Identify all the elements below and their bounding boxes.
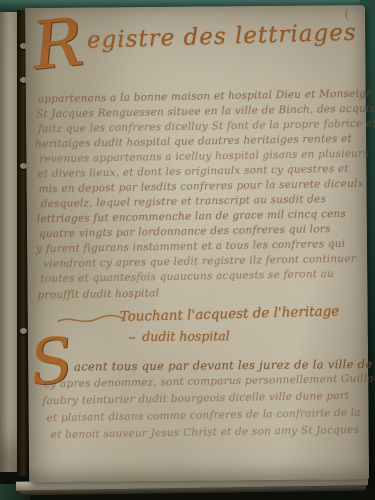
title-initial-R: R bbox=[31, 14, 86, 75]
manuscript-line: toutes et quantesfois quaucuns acquests … bbox=[40, 268, 334, 285]
manuscript-line: faubry teinturier dudit bourgeois dicell… bbox=[42, 390, 349, 407]
manuscript-line: quatre vingts par lordonnance des confre… bbox=[39, 223, 331, 240]
pilcrow-mark: ~ bbox=[128, 333, 136, 344]
section-heading: Touchant l'acquest de l'heritage bbox=[120, 303, 340, 325]
manuscript-line: prouffit dudit hospital bbox=[37, 287, 159, 301]
manuscript-line: et divers lieux, et dont les originaulx … bbox=[37, 163, 348, 180]
section-heading-line2: ~dudit hospital bbox=[128, 328, 230, 344]
manuscript-line: desquelz, lequel registre et transcript … bbox=[41, 193, 327, 210]
manuscript-line: et benoit sauveur Jesus Christ et de son… bbox=[51, 424, 359, 441]
manuscript-line: acent tous que par devant les jurez de l… bbox=[74, 357, 375, 374]
section-heading-line2-text: dudit hospital bbox=[142, 328, 230, 344]
manuscript-page: ( Registre des lettriages appartenans a … bbox=[25, 5, 369, 482]
manuscript-line: y furent figurans instamment et a tous l… bbox=[36, 238, 345, 255]
page-title: Registre des lettriages bbox=[33, 8, 358, 74]
title-text: egistre des lettriages bbox=[87, 20, 357, 54]
manuscript-line: heritaiges dudit hospital que dautres he… bbox=[35, 133, 352, 151]
manuscript-line: et plaisant disans comme confreres de la… bbox=[46, 407, 360, 424]
photo-background: ( Registre des lettriages appartenans a … bbox=[0, 0, 375, 500]
manuscript-line: cy apres denommez, sont comparus personn… bbox=[44, 372, 375, 390]
